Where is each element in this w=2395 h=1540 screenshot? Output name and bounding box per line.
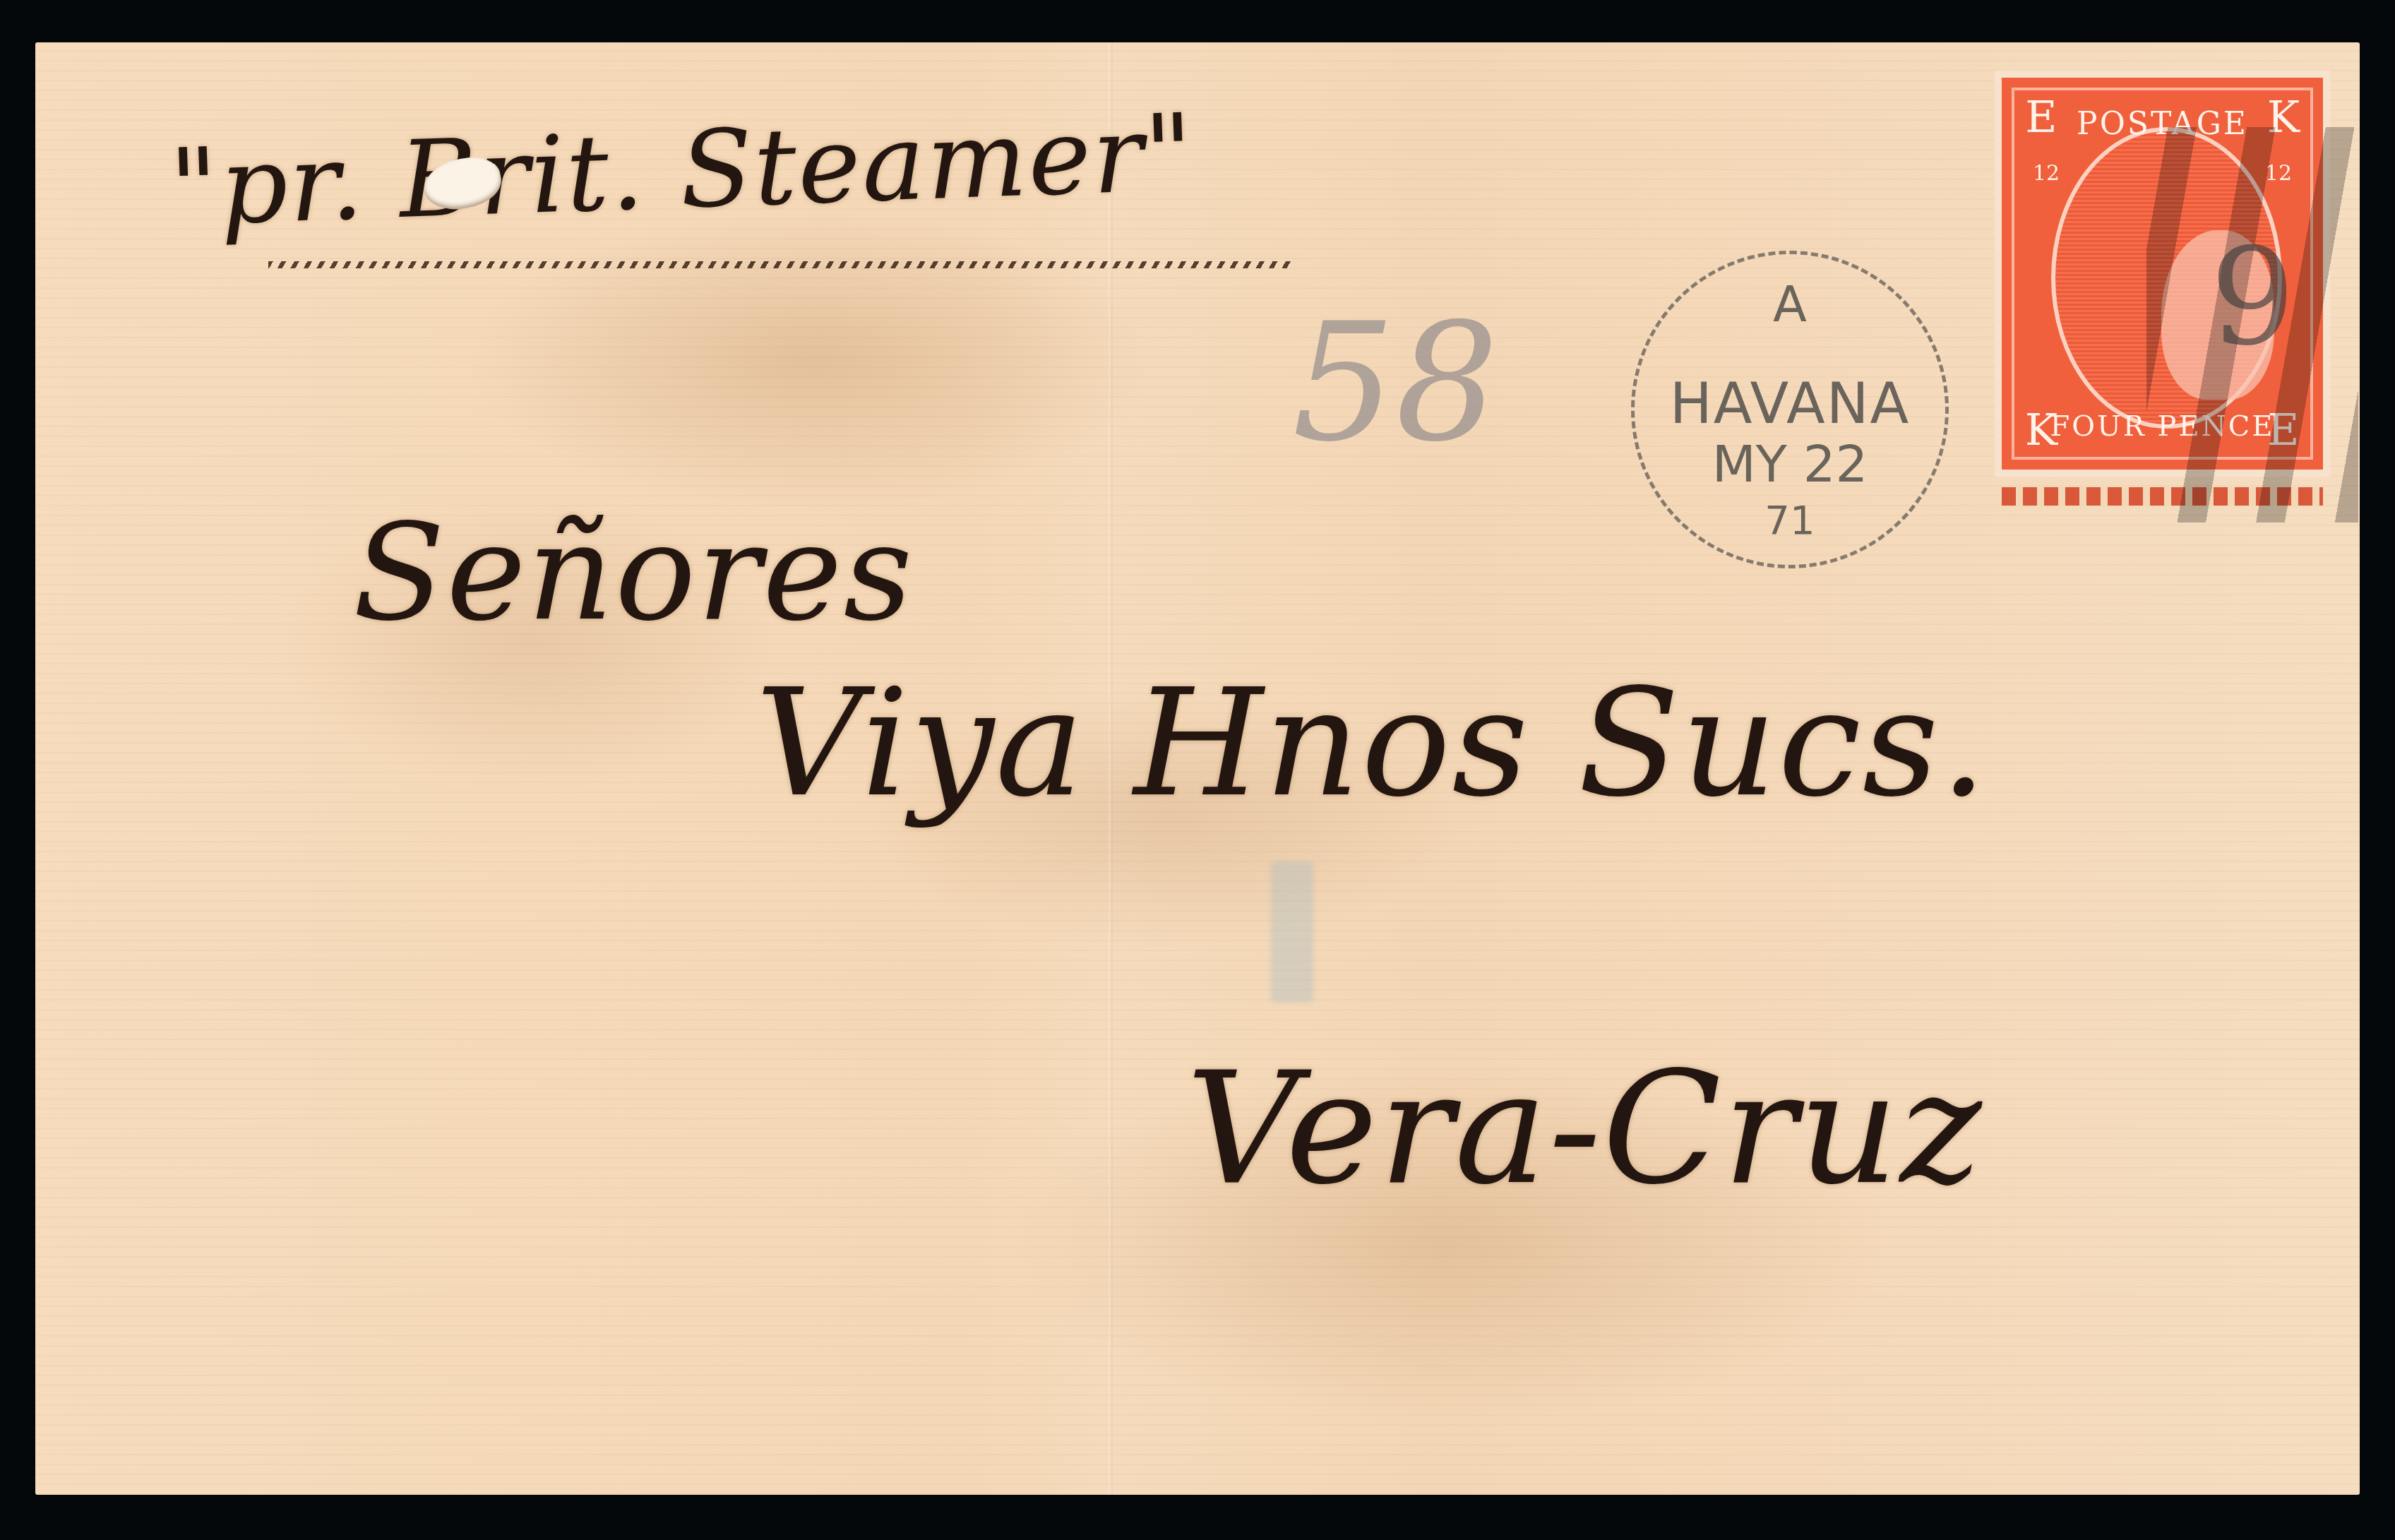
postmark-line-3: MY 22 <box>1635 434 1945 494</box>
postmark-line-2: HAVANA <box>1635 371 1945 436</box>
endorsement-underline <box>268 261 1292 268</box>
corner-letter-bottom-left: K <box>2013 402 2070 458</box>
plate-number-left: 12 <box>2033 161 2060 186</box>
havana-postmark: A HAVANA MY 22 71 <box>1631 251 1949 568</box>
corner-letter-top-left: E <box>2013 89 2070 145</box>
address-destination: Vera-Cruz <box>1186 1038 1983 1219</box>
postmark-line-4: 71 <box>1635 498 1945 544</box>
blue-crayon-mark <box>1271 861 1313 1003</box>
pencil-note: 58 <box>1292 290 1499 478</box>
obliterator-numeral: 9 <box>2210 219 2295 375</box>
address-salutation: Señores <box>353 494 914 650</box>
address-addressee: Viya Hnos Sucs. <box>755 657 1988 830</box>
postmark-line-1: A <box>1635 275 1945 333</box>
